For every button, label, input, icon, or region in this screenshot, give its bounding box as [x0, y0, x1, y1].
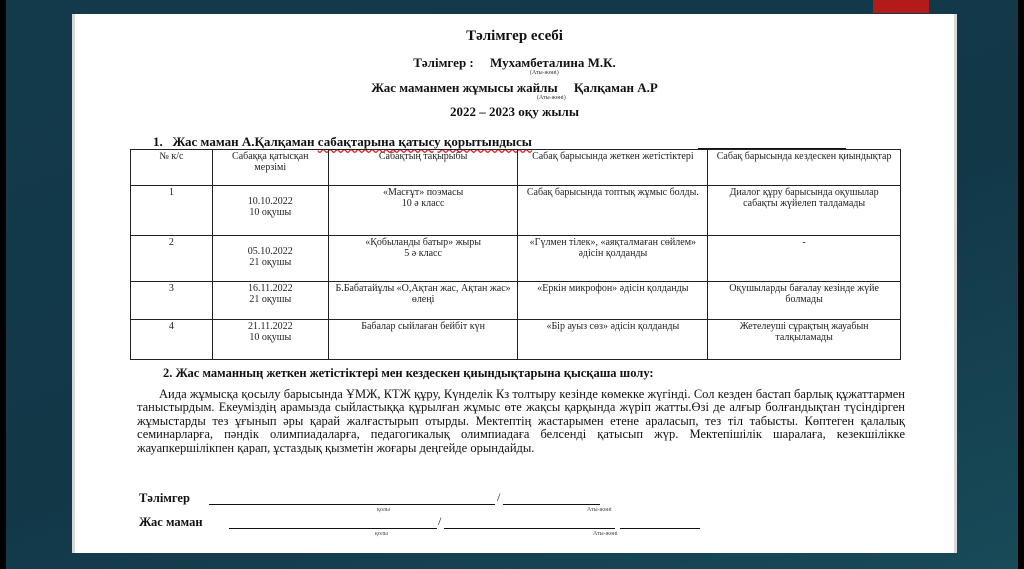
mentor-signature-label: Тәлімгер — [139, 491, 190, 506]
section1-heading: 1. Жас маман А.Қалқаман сабақтарына қаты… — [153, 134, 532, 150]
young-name-line — [444, 514, 615, 529]
young-label: Жас маманмен жұмысы жайлы — [371, 80, 557, 95]
mentor-name-hint-sig: Аты-жөні — [587, 507, 612, 513]
document-page: Тәлімгер есебі Тәлімгер : Мухамбеталина … — [72, 14, 957, 553]
spellcheck-text: сабақтарына қатысу қорытындысы — [318, 134, 532, 149]
young-sign-hint: қолы — [375, 531, 388, 537]
col-header-achievements: Сабақ барысында жеткен жетістіктері — [518, 150, 708, 186]
col-header-date: Сабаққа қатысқан мерзімі — [212, 150, 328, 186]
table-row: 3 16.11.202221 оқушы Б.Бабатайұлы «О,Ақт… — [131, 282, 901, 320]
accent-tab — [873, 0, 929, 13]
academic-year: 2022 – 2023 оқу жылы — [75, 104, 954, 120]
young-extra-line — [620, 514, 700, 529]
table-row: 1 10.10.202210 оқушы «Масғұт» поэмасы10 … — [131, 186, 901, 236]
table-row: 4 21.11.202210 оқушы Бабалар сыйлаған бе… — [131, 320, 901, 360]
mentor-sign-hint: қолы — [377, 507, 390, 513]
lesson-observation-table: № к/с Сабаққа қатысқан мерзімі Сабақтың … — [130, 149, 901, 360]
table-row: 2 05.10.202221 оқушы «Қобыланды батыр» ж… — [131, 236, 901, 282]
summary-paragraph: Аида жұмысқа қосылу барысында ҰМЖ, КТЖ қ… — [137, 388, 905, 455]
young-name-hint: (Аты-жөні) — [537, 95, 566, 101]
slash: / — [497, 490, 500, 505]
slash: / — [438, 514, 441, 529]
mentor-name-hint: (Аты-жөні) — [530, 70, 559, 76]
mentor-signature-line — [209, 490, 495, 505]
young-name-hint-sig: Аты-жөні — [593, 531, 618, 537]
young-specialist-line: Жас маманмен жұмысы жайлы Қалқаман А.Р — [75, 80, 954, 96]
col-header-difficulties: Сабақ барысында кездескен қиындықтар — [708, 150, 901, 186]
mentor-line: Тәлімгер : Мухамбеталина М.К. — [75, 55, 954, 71]
young-name: Қалқаман А.Р — [574, 80, 658, 95]
mentor-name-line — [503, 490, 600, 505]
col-header-no: № к/с — [131, 150, 213, 186]
mentor-name: Мухамбеталина М.К. — [490, 55, 616, 70]
col-header-topic: Сабақтың тақырыбы — [328, 150, 518, 186]
section2-heading: 2. Жас маманның жеткен жетістіктері мен … — [163, 366, 654, 381]
table-header-row: № к/с Сабаққа қатысқан мерзімі Сабақтың … — [131, 150, 901, 186]
document-title: Тәлімгер есебі — [75, 28, 954, 45]
young-signature-line — [229, 514, 437, 529]
mentor-label: Тәлімгер : — [413, 55, 474, 70]
young-signature-label: Жас маман — [139, 515, 203, 530]
